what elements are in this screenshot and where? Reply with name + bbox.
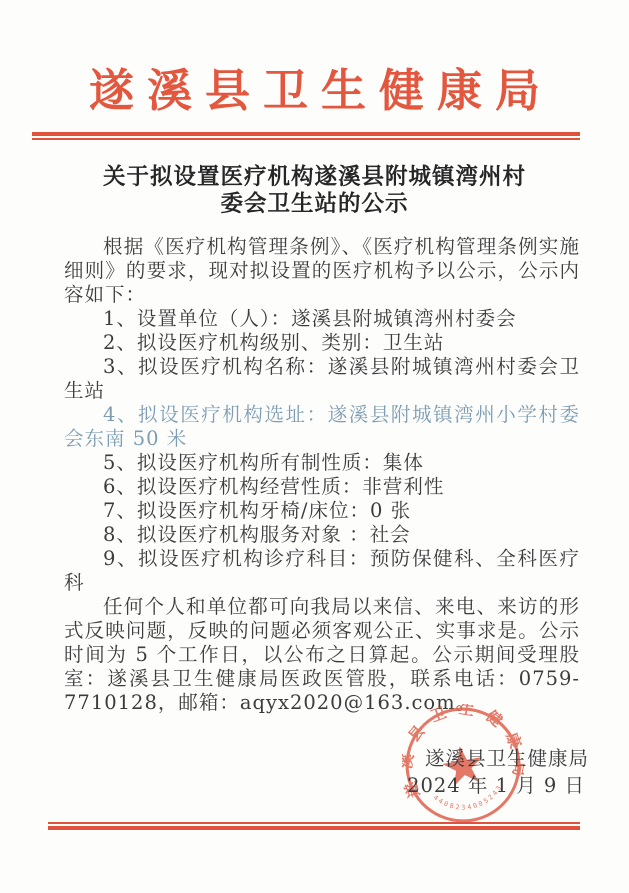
signature-block: 遂溪县卫生健康局 2024 年 1 月 9 日 <box>0 745 629 799</box>
notice-item-9: 9、拟设医疗机构诊疗科目：预防保健科、全科医疗科 <box>64 547 580 595</box>
doc-title-line2: 委会卫生站的公示 <box>0 191 629 218</box>
signature-agency: 遂溪县卫生健康局 <box>0 745 589 772</box>
masthead-rule <box>32 132 580 140</box>
notice-body: 根据《医疗机构管理条例》、《医疗机构管理条例实施细则》的要求，现对拟设置的医疗机… <box>64 235 580 715</box>
notice-item-3: 3、拟设医疗机构名称：遂溪县附城镇湾州村委会卫生站 <box>64 355 580 403</box>
doc-title: 关于拟设置医疗机构遂溪县附城镇湾州村 委会卫生站的公示 <box>0 164 629 218</box>
notice-item-1: 1、设置单位（人）：遂溪县附城镇湾州村委会 <box>64 307 580 331</box>
closing-paragraph: 任何个人和单位都可向我局以来信、来电、来访的形式反映问题，反映的问题必须客观公正… <box>64 595 580 715</box>
notice-item-7: 7、拟设医疗机构牙椅/床位：0 张 <box>64 499 580 523</box>
masthead-rule-thick <box>32 132 580 136</box>
document-page: 遂溪县卫生健康局 关于拟设置医疗机构遂溪县附城镇湾州村 委会卫生站的公示 根据《… <box>0 0 629 893</box>
doc-title-line1: 关于拟设置医疗机构遂溪县附城镇湾州村 <box>0 164 629 191</box>
masthead-rule-thin <box>32 138 580 140</box>
agency-masthead: 遂溪县卫生健康局 <box>0 54 629 119</box>
notice-item-8: 8、拟设医疗机构服务对象 ：社会 <box>64 523 580 547</box>
notice-item-2: 2、拟设医疗机构级别、类别：卫生站 <box>64 331 580 355</box>
intro-paragraph: 根据《医疗机构管理条例》、《医疗机构管理条例实施细则》的要求，现对拟设置的医疗机… <box>64 235 580 307</box>
notice-item-6: 6、拟设医疗机构经营性质：非营利性 <box>64 475 580 499</box>
notice-item-4: 4、拟设医疗机构选址：遂溪县附城镇湾州小学村委会东南 50 米 <box>64 403 580 451</box>
footer-rule-thick <box>48 826 580 830</box>
notice-item-5: 5、拟设医疗机构所有制性质：集体 <box>64 451 580 475</box>
signature-date: 2024 年 1 月 9 日 <box>0 772 589 799</box>
